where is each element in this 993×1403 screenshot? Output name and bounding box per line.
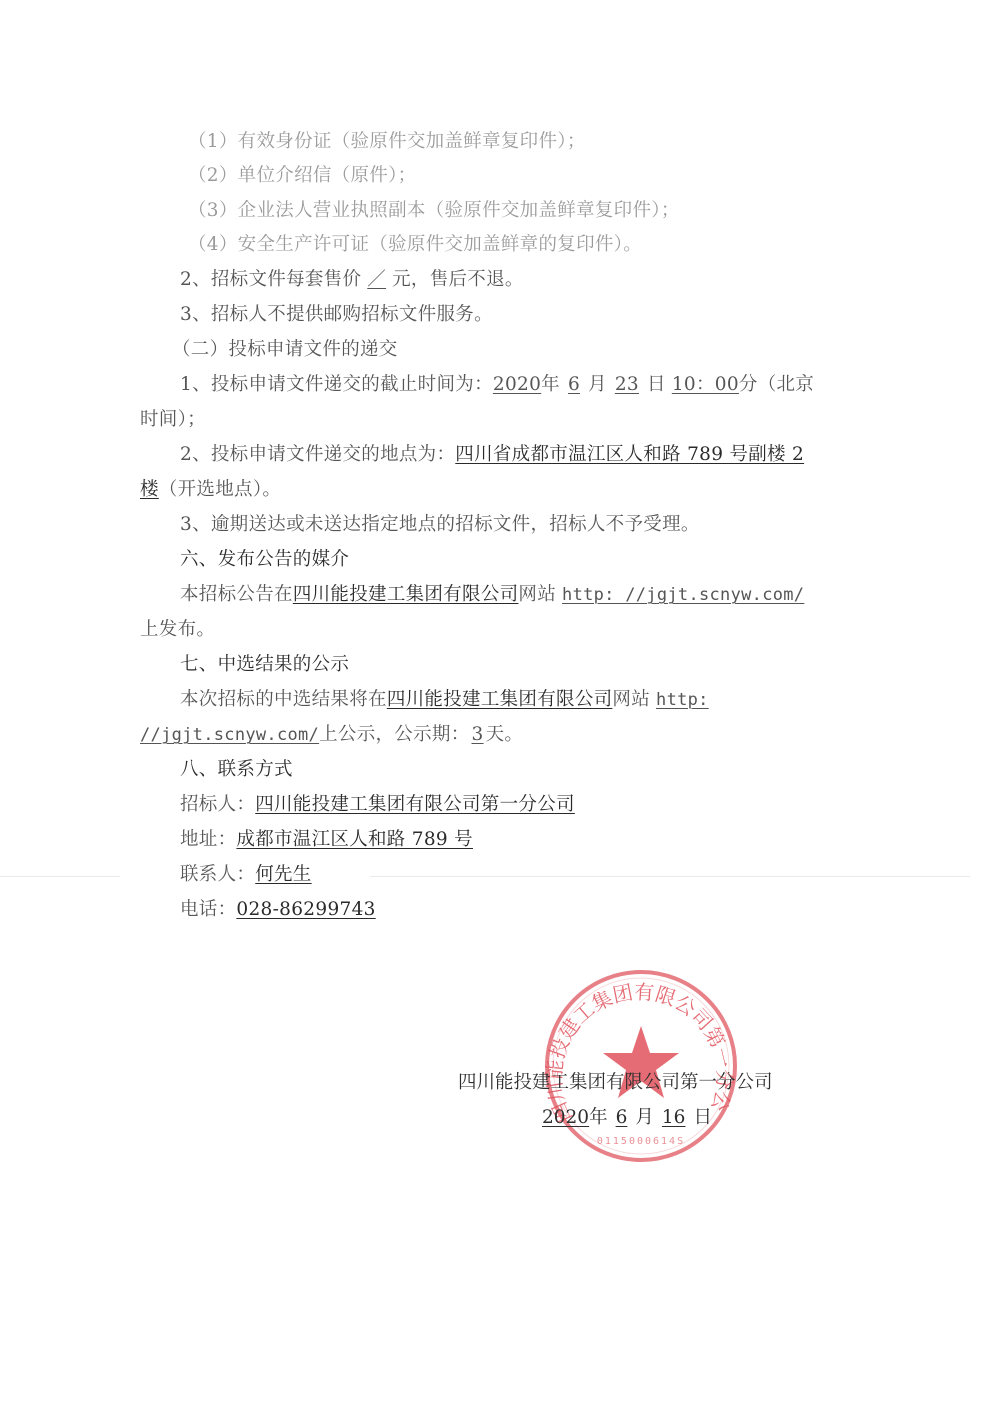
price-prefix: 2、招标文件每套售价 [180, 269, 361, 290]
deadline-year: 2020 [493, 374, 541, 395]
month-unit: 月 [635, 1107, 654, 1128]
deadline-month: 6 [560, 374, 588, 395]
website-link[interactable]: http: //jgjt.scnyw.com/ [562, 585, 804, 605]
publicity-days: 3 [470, 724, 486, 745]
requirement-text: 有效身份证（验原件交加盖鲜章复印件）； [238, 131, 586, 152]
location-continuation: 楼（开选地点）。 [140, 478, 281, 502]
section-6-body: 本招标公告在四川能投建工集团有限公司网站http: //jgjt.scnyw.c… [180, 583, 804, 607]
tenderer-label: 招标人： [180, 794, 255, 815]
location-prefix: 2、投标申请文件递交的地点为： [180, 444, 455, 465]
requirement-2: （2）单位介绍信（原件）； [188, 164, 416, 188]
day-unit: 日 [693, 1107, 712, 1128]
publish-prefix: 本招标公告在 [180, 584, 293, 605]
year-unit: 年 [589, 1107, 608, 1128]
day-unit: 日 [647, 374, 666, 395]
section-7-body: 本次招标的中选结果将在四川能投建工集团有限公司网站http: [180, 688, 721, 712]
days-unit: 天。 [486, 724, 524, 745]
phone-line: 电话：028-86299743 [180, 898, 376, 922]
company-name: 四川能投建工集团有限公司 [387, 689, 613, 710]
section-7-title: 七、中选结果的公示 [180, 653, 349, 677]
address-line: 地址：成都市温江区人和路 789 号 [180, 828, 473, 852]
section-6-continuation: 上发布。 [140, 618, 215, 642]
location-line: 2、投标申请文件递交的地点为：四川省成都市温江区人和路 789 号副楼 2 [180, 443, 804, 467]
deadline-day: 23 [607, 374, 647, 395]
tenderer-line: 招标人：四川能投建工集团有限公司第一分公司 [180, 793, 575, 817]
late-notice: 3、逾期送达或未送达指定地点的招标文件，招标人不予受理。 [180, 513, 700, 537]
time-unit: 分（北京 [739, 374, 814, 395]
section-7-continuation: //jgjt.scnyw.com/上公示，公示期：3天。 [140, 723, 523, 747]
sign-year: 2020 [542, 1107, 589, 1128]
website-link-part2[interactable]: //jgjt.scnyw.com/ [140, 725, 319, 745]
requirement-number: （2） [188, 165, 238, 186]
signature-date: 2020年6月16日 [542, 1106, 712, 1130]
item-no-mail: 3、招标人不提供邮购招标文件服务。 [180, 303, 493, 327]
requirement-text: 安全生产许可证（验原件交加盖鲜章的复印件）。 [238, 234, 642, 255]
requirement-number: （1） [188, 131, 238, 152]
contact-label: 联系人： [180, 864, 255, 885]
phone-value: 028-86299743 [236, 899, 375, 920]
svg-text:0115000614S: 0115000614S [597, 1136, 685, 1147]
month-unit: 月 [588, 374, 607, 395]
deadline-time: 10：00 [666, 374, 739, 395]
company-seal-stamp: 四川能投建工集团有限公司第一分公司 0115000614S [543, 968, 739, 1164]
result-prefix: 本次招标的中选结果将在 [180, 689, 387, 710]
deadline-line: 1、投标申请文件递交的截止时间为：2020年6月23日10：00分（北京 [180, 373, 814, 397]
year-unit: 年 [541, 374, 560, 395]
price-value: ／ [361, 269, 392, 290]
requirement-number: （3） [188, 200, 238, 221]
website-label: 网站 [518, 584, 556, 605]
phone-label: 电话： [180, 899, 236, 920]
contact-value: 何先生 [255, 864, 311, 885]
deadline-prefix: 1、投标申请文件递交的截止时间为： [180, 374, 493, 395]
website-link-part1[interactable]: http: [656, 690, 721, 710]
document-page: （1）有效身份证（验原件交加盖鲜章复印件）； （2）单位介绍信（原件）； （3）… [0, 0, 993, 1403]
signature-company: 四川能投建工集团有限公司第一分公司 [458, 1071, 773, 1095]
deadline-continuation: 时间）； [140, 408, 206, 432]
requirement-text: 单位介绍信（原件）； [238, 165, 417, 186]
subsection-title: （二）投标申请文件的递交 [172, 338, 398, 362]
requirement-1: （1）有效身份证（验原件交加盖鲜章复印件）； [188, 130, 586, 154]
requirement-4: （4）安全生产许可证（验原件交加盖鲜章的复印件）。 [188, 233, 642, 257]
website-label: 网站 [612, 689, 650, 710]
item-price: 2、招标文件每套售价／元，售后不退。 [180, 268, 524, 292]
contact-line: 联系人：何先生 [180, 863, 312, 887]
section-8-title: 八、联系方式 [180, 758, 293, 782]
address-value: 成都市温江区人和路 789 号 [236, 829, 473, 850]
price-suffix: 元，售后不退。 [392, 269, 524, 290]
scan-artifact [370, 876, 970, 877]
location-address-cont: 楼 [140, 479, 159, 500]
location-address: 四川省成都市温江区人和路 789 号副楼 2 [455, 444, 804, 465]
requirement-3: （3）企业法人营业执照副本（验原件交加盖鲜章复印件）； [188, 199, 680, 223]
section-6-title: 六、发布公告的媒介 [180, 548, 349, 572]
address-label: 地址： [180, 829, 236, 850]
sign-month: 6 [608, 1107, 636, 1128]
tenderer-value: 四川能投建工集团有限公司第一分公司 [255, 794, 575, 815]
result-suffix: 上公示，公示期： [319, 724, 469, 745]
scan-artifact [0, 876, 120, 877]
requirement-text: 企业法人营业执照副本（验原件交加盖鲜章复印件）； [238, 200, 680, 221]
requirement-number: （4） [188, 234, 238, 255]
location-suffix: （开选地点）。 [159, 479, 281, 500]
company-name: 四川能投建工集团有限公司 [293, 584, 519, 605]
sign-day: 16 [654, 1107, 694, 1128]
